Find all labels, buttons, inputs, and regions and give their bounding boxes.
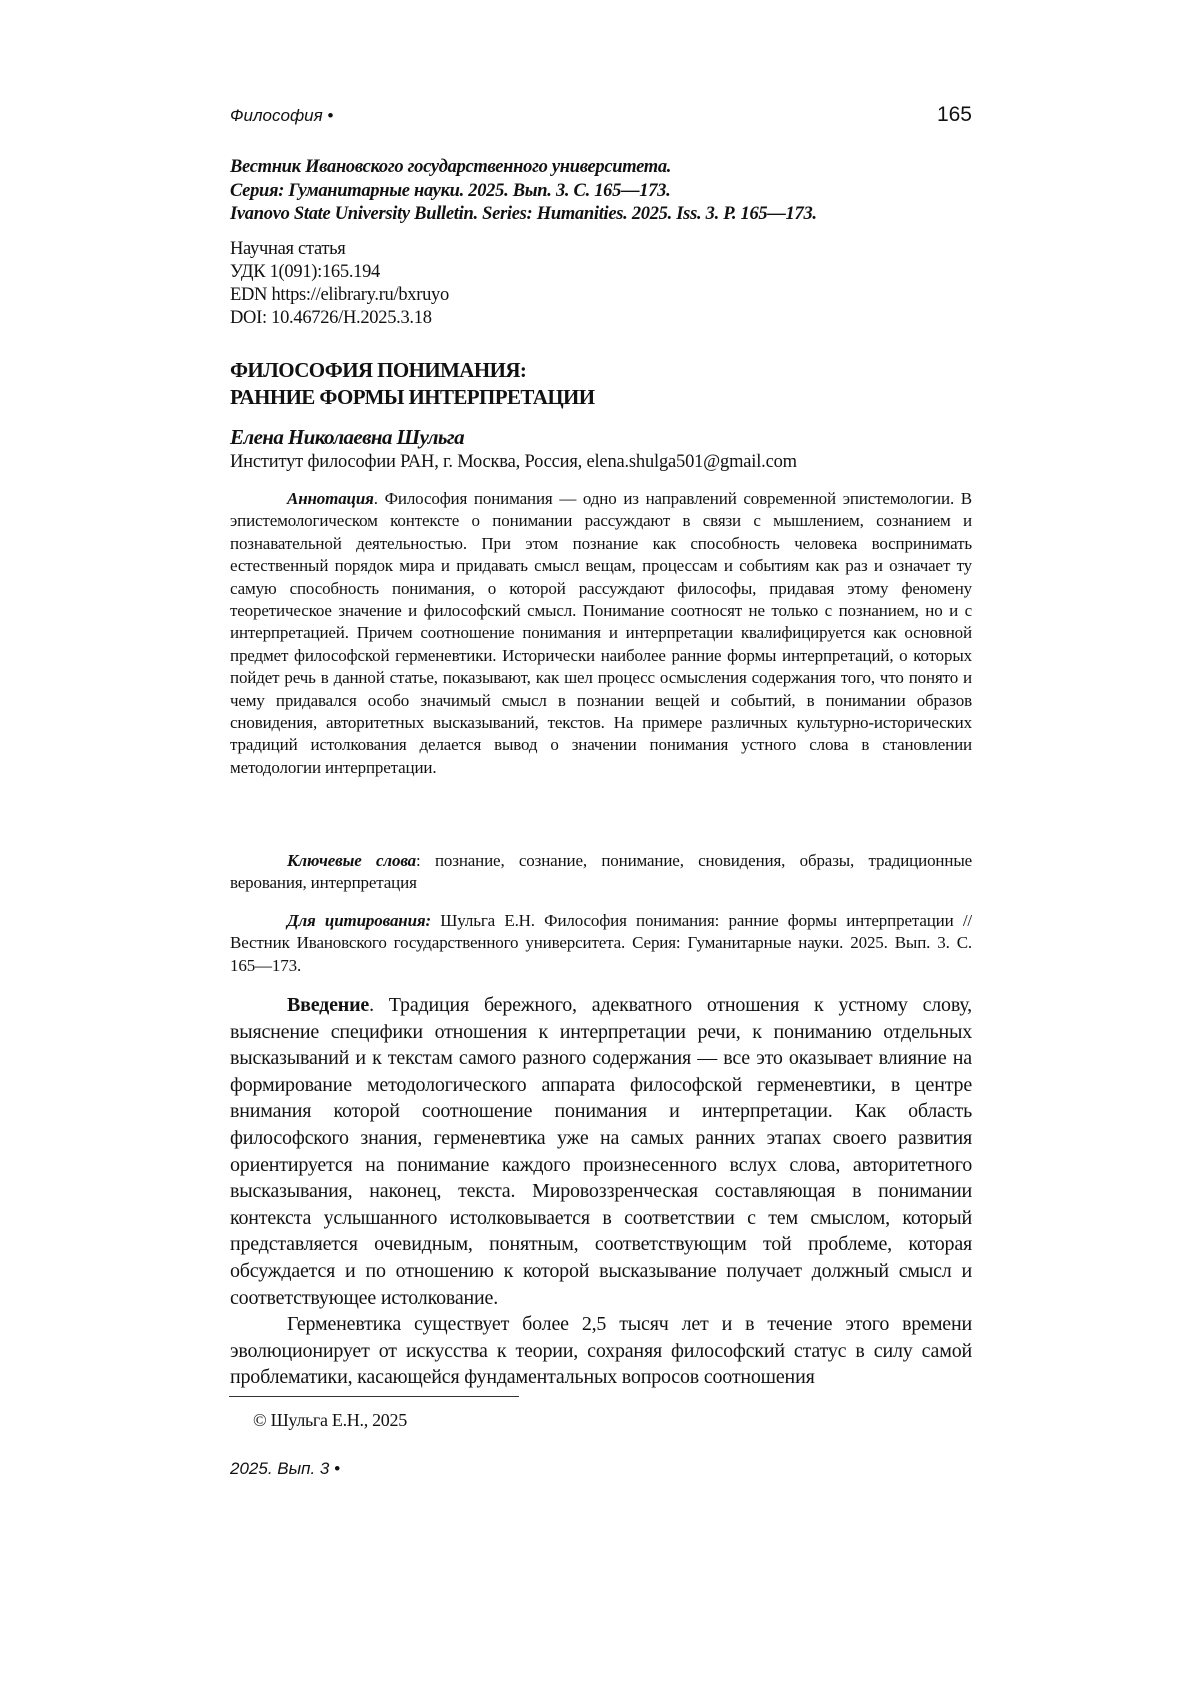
article-title: ФИЛОСОФИЯ ПОНИМАНИЯ: РАННИЕ ФОРМЫ ИНТЕРП… — [230, 357, 972, 411]
copyright-footnote: © Шульга Е.Н., 2025 — [253, 1410, 753, 1431]
intro-label: Введение — [287, 994, 369, 1016]
article-meta: Научная статья УДК 1(091):165.194 EDN ht… — [230, 238, 972, 330]
section-name: Философия • — [230, 106, 333, 126]
body-text: Введение. Традиция бережного, адекватног… — [230, 992, 972, 1391]
article-type: Научная статья — [230, 238, 972, 261]
running-header: Философия • 165 — [230, 103, 972, 129]
keywords-label: Ключевые слова — [287, 851, 416, 870]
author-affiliation: Институт философии РАН, г. Москва, Росси… — [230, 452, 972, 473]
abstract-text: . Философия понимания — одно из направле… — [230, 489, 972, 777]
journal-citation-block: Вестник Ивановского государственного уни… — [230, 156, 972, 227]
title-line-1: ФИЛОСОФИЯ ПОНИМАНИЯ: — [230, 357, 972, 384]
journal-page: Философия • 165 Вестник Ивановского госу… — [0, 0, 1200, 1697]
citation-label: Для цитирования: — [287, 911, 431, 930]
journal-series-ru: Серия: Гуманитарные науки. 2025. Вып. 3.… — [230, 180, 972, 204]
udc-code: УДК 1(091):165.194 — [230, 261, 972, 284]
journal-name-ru: Вестник Ивановского государственного уни… — [230, 156, 972, 180]
doi[interactable]: DOI: 10.46726/H.2025.3.18 — [230, 307, 972, 330]
footnote-divider — [229, 1396, 519, 1397]
author-name: Елена Николаевна Шульга — [230, 425, 972, 450]
intro-text: . Традиция бережного, адекватного отноше… — [230, 994, 972, 1309]
running-footer: 2025. Вып. 3 • — [230, 1459, 972, 1479]
abstract: Аннотация. Философия понимания — одно из… — [230, 488, 972, 779]
keywords: Ключевые слова: познание, сознание, пони… — [230, 850, 972, 895]
journal-series-en: Ivanovo State University Bulletin. Serie… — [230, 203, 972, 227]
edn-link[interactable]: EDN https://elibrary.ru/bxruyo — [230, 284, 972, 307]
page-number: 165 — [937, 103, 972, 127]
abstract-label: Аннотация — [287, 489, 374, 508]
title-line-2: РАННИЕ ФОРМЫ ИНТЕРПРЕТАЦИИ — [230, 384, 972, 411]
intro-paragraph: Введение. Традиция бережного, адекватног… — [230, 992, 972, 1311]
citation: Для цитирования: Шульга Е.Н. Философия п… — [230, 910, 972, 977]
body-paragraph-2: Герменевтика существует более 2,5 тысяч … — [230, 1311, 972, 1391]
